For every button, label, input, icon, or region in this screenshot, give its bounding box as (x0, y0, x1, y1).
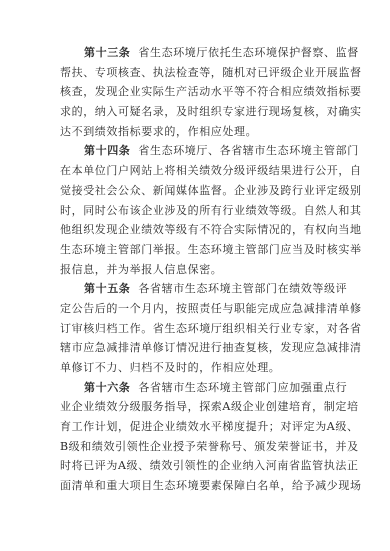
article-first-line: 第十五条各省辖市生态环境主管部门在绩效等级评 (60, 279, 331, 299)
article-14: 第十四条省生态环境厅、各省辖市生态环境主管部门 在本单位门户网站上将相关绩效分级… (60, 141, 331, 279)
article-16: 第十六条各省辖市生态环境主管部门应加强重点行 业企业绩效分级服务指导，探索A级企… (60, 378, 331, 496)
article-text: 各省辖市生态环境主管部门应加强重点行 (138, 381, 347, 394)
article-number: 第十四条 (84, 144, 130, 157)
article-line: 时将已评为A级、绩效引领性的企业纳入河南省监管执法正 (60, 456, 331, 476)
article-line: 业企业绩效分级服务指导，探索A级企业创建培育，制定培 (60, 397, 331, 417)
article-line: 育工作计划，促进企业绩效水平梯度提升；对评定为A级、 (60, 417, 331, 437)
article-13: 第十三条省生态环境厅依托生态环境保护督察、监督 帮扶、专项核查、执法检查等，随机… (60, 43, 331, 141)
article-line: 辖市应急减排清单修订情况进行抽查复核，发现应急减排清 (60, 338, 331, 358)
article-text: 各省辖市生态环境主管部门在绩效等级评 (138, 282, 347, 295)
article-line: 在本单位门户网站上将相关绩效分级评级结果进行公开，自 (60, 161, 331, 181)
article-line: 觉接受社会公众、新闻媒体监督。企业涉及跨行业评定级别 (60, 181, 331, 201)
document-page: 第十三条省生态环境厅依托生态环境保护督察、监督 帮扶、专项核查、执法检查等，随机… (60, 43, 331, 496)
article-number: 第十三条 (84, 46, 130, 59)
article-line: 达不到绩效指标要求的，作相应处理。 (60, 122, 331, 142)
article-number: 第十六条 (84, 381, 130, 394)
article-line: 定公告后的一个月内，按照责任与职能完成应急减排清单修 (60, 299, 331, 319)
article-line: 生态环境主管部门举报。生态环境主管部门应当及时核实举 (60, 240, 331, 260)
article-text: 省生态环境厅依托生态环境保护督察、监督 (138, 46, 358, 59)
article-number: 第十五条 (84, 282, 130, 295)
article-15: 第十五条各省辖市生态环境主管部门在绩效等级评 定公告后的一个月内，按照责任与职能… (60, 279, 331, 377)
article-line: 报信息，并为举报人信息保密。 (60, 260, 331, 280)
article-line: 帮扶、专项核查、执法检查等，随机对已评级企业开展监督 (60, 63, 331, 83)
article-line: 他组织发现企业绩效等级有不符合实际情况的，有权向当地 (60, 220, 331, 240)
article-line: 面清单和重大项目生态环境要素保障白名单，给予减少现场 (60, 476, 331, 496)
article-line: 核查，发现企业实际生产活动水平等不符合相应绩效指标要 (60, 82, 331, 102)
article-text: 省生态环境厅、各省辖市生态环境主管部门 (138, 144, 358, 157)
article-line: 订审核归档工作。省生态环境厅组织相关行业专家，对各省 (60, 319, 331, 339)
article-line: 求的，纳入可疑名录，及时组织专家进行现场复核，对确实 (60, 102, 331, 122)
article-first-line: 第十三条省生态环境厅依托生态环境保护督察、监督 (60, 43, 331, 63)
article-line: 时，同时公布该企业涉及的所有行业绩效等级。自然人和其 (60, 201, 331, 221)
article-line: B级和绩效引领性企业授予荣誉称号、颁发荣誉证书，并及 (60, 437, 331, 457)
article-first-line: 第十四条省生态环境厅、各省辖市生态环境主管部门 (60, 141, 331, 161)
article-first-line: 第十六条各省辖市生态环境主管部门应加强重点行 (60, 378, 331, 398)
article-line: 单修订不力、归档不及时的，作相应处理。 (60, 358, 331, 378)
